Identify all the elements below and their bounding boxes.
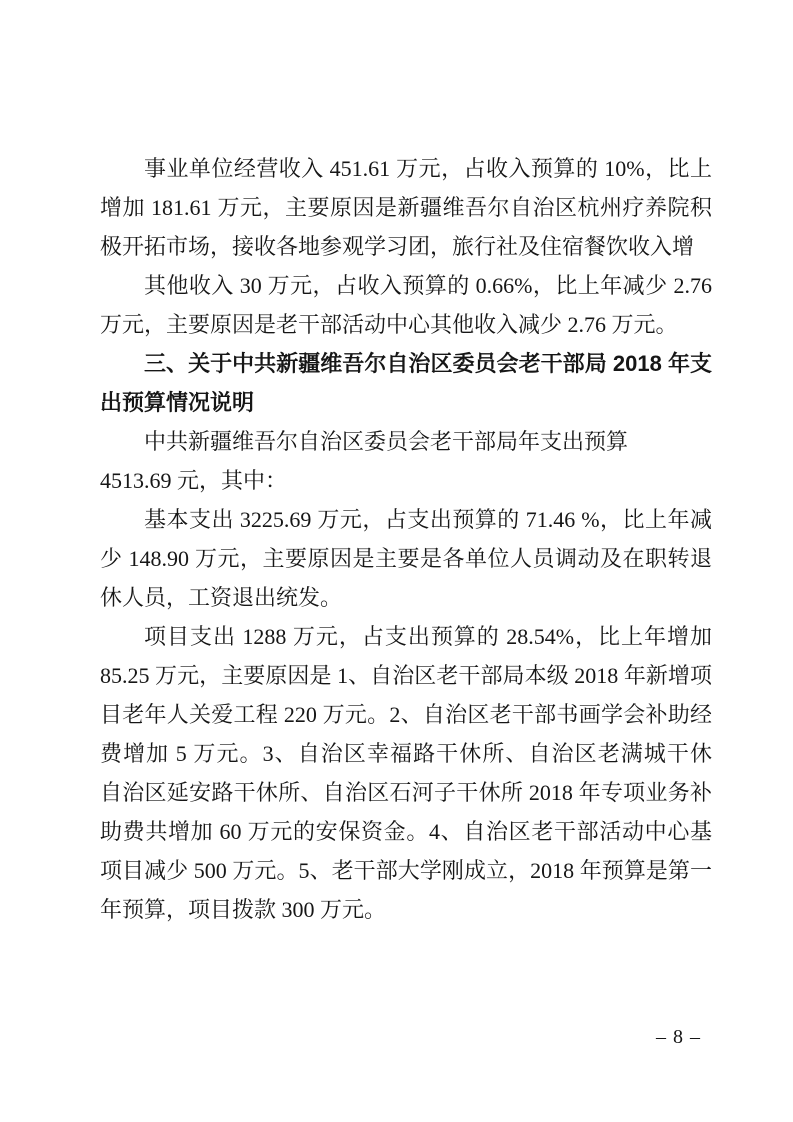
paragraph-5-line-3: 目老年人关爱工程 220 万元。2、自治区老干部书画学会补助经 bbox=[100, 695, 712, 734]
section-heading-line-1: 三、关于中共新疆维吾尔自治区委员会老干部局 2018 年支 bbox=[100, 344, 712, 383]
paragraph-5-line-4: 费增加 5 万元。3、自治区幸福路干休所、自治区老满城干休所、 bbox=[100, 734, 712, 773]
paragraph-5-line-2: 85.25 万元，主要原因是 1、自治区老干部局本级 2018 年新增项 bbox=[100, 656, 712, 695]
paragraph-3-line-1: 中共新疆维吾尔自治区委员会老干部局年支出预算 bbox=[100, 422, 712, 461]
paragraph-5-line-1: 项目支出 1288 万元，占支出预算的 28.54%，比上年增加 bbox=[100, 617, 712, 656]
paragraph-5-line-5: 自治区延安路干休所、自治区石河子干休所 2018 年专项业务补 bbox=[100, 773, 712, 812]
paragraph-1-line-1: 事业单位经营收入 451.61 万元，占收入预算的 10%，比上年 bbox=[100, 149, 712, 188]
paragraph-1-line-2: 增加 181.61 万元，主要原因是新疆维吾尔自治区杭州疗养院积 bbox=[100, 188, 712, 227]
document-page: 事业单位经营收入 451.61 万元，占收入预算的 10%，比上年 增加 181… bbox=[0, 0, 793, 1122]
paragraph-5-line-8: 年预算，项目拨款 300 万元。 bbox=[100, 890, 712, 929]
paragraph-5-line-7: 项目减少 500 万元。5、老干部大学刚成立，2018 年预算是第一 bbox=[100, 851, 712, 890]
paragraph-5-line-6: 助费共增加 60 万元的安保资金。4、自治区老干部活动中心基建 bbox=[100, 812, 712, 851]
section-heading-line-2: 出预算情况说明 bbox=[100, 383, 712, 422]
paragraph-4-line-1: 基本支出 3225.69 万元，占支出预算的 71.46 %，比上年减 bbox=[100, 500, 712, 539]
page-number: – 8 – bbox=[0, 1024, 701, 1050]
paragraph-4-line-3: 休人员，工资退出统发。 bbox=[100, 578, 712, 617]
paragraph-3-line-2: 4513.69 元，其中： bbox=[100, 461, 712, 500]
paragraph-4-line-2: 少 148.90 万元，主要原因是主要是各单位人员调动及在职转退 bbox=[100, 539, 712, 578]
paragraph-2-line-1: 其他收入 30 万元，占收入预算的 0.66%，比上年减少 2.76 bbox=[100, 266, 712, 305]
paragraph-2-line-2: 万元，主要原因是老干部活动中心其他收入减少 2.76 万元。 bbox=[100, 305, 712, 344]
paragraph-1-line-3: 极开拓市场，接收各地参观学习团，旅行社及住宿餐饮收入增加。 bbox=[100, 227, 712, 266]
document-body: 事业单位经营收入 451.61 万元，占收入预算的 10%，比上年 增加 181… bbox=[100, 149, 712, 929]
